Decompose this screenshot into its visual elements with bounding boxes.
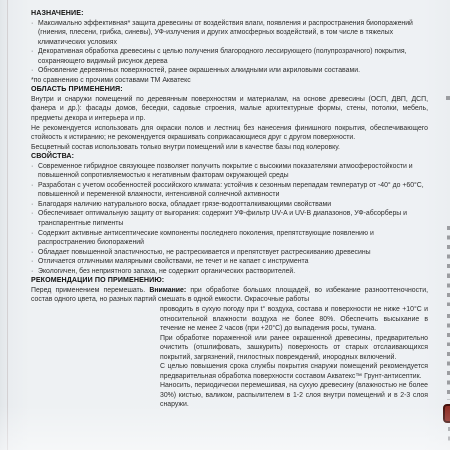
bullet-marker: ·: [31, 267, 38, 277]
intro-pre-text: Перед применением перемешать.: [31, 287, 149, 294]
bullet-marker: ·: [31, 47, 38, 57]
bullet-item: ·Экологичен, без неприятного запаха, не …: [31, 267, 428, 277]
bullet-text: Обновление деревянных поверхностей, ране…: [38, 67, 360, 74]
recommendations-paragraph: При обработке пораженной или ранее окраш…: [160, 334, 428, 363]
bullet-item: ·Благодаря наличию натурального воска, о…: [31, 200, 428, 210]
bullet-item: ·Отличается отличными малярными свойства…: [31, 257, 428, 267]
clipped-text-fragments-right: [446, 96, 450, 104]
application-paragraph: Внутри и снаружи помещений по деревянным…: [31, 95, 428, 124]
recommendations-paragraph: С целью повышения срока службы покрытия …: [160, 362, 428, 381]
section-heading-purpose: НАЗНАЧЕНИЕ:: [31, 9, 428, 19]
section-properties: СВОЙСТВА: ·Современное гибридное связующ…: [31, 152, 428, 276]
product-label-photo: НАЗНАЧЕНИЕ: ·Максимально эффективная* за…: [0, 0, 450, 450]
bullet-text: Благодаря наличию натурального воска, об…: [38, 201, 331, 208]
recommendations-intro: Перед применением перемешать. Внимание: …: [31, 286, 428, 305]
section-recommendations: РЕКОМЕНДАЦИИ ПО ПРИМЕНЕНИЮ: Перед примен…: [31, 276, 428, 410]
application-paragraph: Не рекомендуется использовать для окраск…: [31, 124, 428, 143]
bullet-marker: ·: [31, 162, 38, 172]
bullet-item: ·Разработан с учетом особенностей россий…: [31, 181, 428, 200]
warning-word: Внимание:: [149, 287, 186, 294]
section-heading-properties: СВОЙСТВА:: [31, 152, 428, 162]
section-application: ОБЛАСТЬ ПРИМЕНЕНИЯ: Внутри и снаружи пом…: [31, 85, 428, 152]
bullet-marker: ·: [31, 200, 38, 210]
bullet-marker: ·: [31, 229, 38, 239]
bullet-marker: ·: [31, 19, 38, 29]
recommendations-indented-block: проводить в сухую погоду при t° воздуха,…: [160, 305, 428, 410]
bullet-marker: ·: [31, 248, 38, 258]
bullet-marker: ·: [31, 66, 38, 76]
bullet-text: Разработан с учетом особенностей российс…: [38, 182, 424, 199]
bullet-text: Декоративная обработка древесины с целью…: [38, 48, 406, 65]
bullet-text: Обеспечивает оптимальную защиту от выгор…: [38, 210, 407, 227]
properties-bullet-list: ·Современное гибридное связующее позволя…: [31, 162, 428, 277]
purpose-footnote: *по сравнению с прочими составами ТМ Акв…: [31, 76, 428, 86]
section-heading-recommendations: РЕКОМЕНДАЦИИ ПО ПРИМЕНЕНИЮ:: [31, 276, 428, 286]
application-paragraph: Бесцветный состав использовать только вн…: [31, 143, 428, 153]
bullet-text: Максимально эффективная* защита древесин…: [38, 20, 413, 46]
bullet-marker: ·: [31, 209, 38, 219]
bullet-marker: ·: [31, 181, 38, 191]
bullet-item: ·Современное гибридное связующее позволя…: [31, 162, 428, 181]
bullet-text: Современное гибридное связующее позволяе…: [38, 163, 413, 180]
label-fold-shadow: [7, 0, 8, 450]
purpose-bullet-list: ·Максимально эффективная* защита древеси…: [31, 19, 428, 76]
label-text-content: НАЗНАЧЕНИЕ: ·Максимально эффективная* за…: [31, 9, 428, 410]
bullet-item: ·Обновление деревянных поверхностей, ран…: [31, 66, 428, 76]
clipped-red-sticker: [443, 404, 450, 423]
bullet-marker: ·: [31, 257, 38, 267]
bullet-item: ·Обладает повышенной эластичностью, не р…: [31, 248, 428, 258]
section-purpose: НАЗНАЧЕНИЕ: ·Максимально эффективная* за…: [31, 9, 428, 85]
bullet-item: ·Декоративная обработка древесины с цель…: [31, 47, 428, 66]
bullet-text: Экологичен, без неприятного запаха, не с…: [38, 268, 295, 275]
bullet-item: ·Содержит активные антисептические компо…: [31, 229, 428, 248]
bullet-text: Обладает повышенной эластичностью, не ра…: [38, 249, 371, 256]
bullet-text: Отличается отличными малярными свойствам…: [38, 258, 308, 265]
recommendations-paragraph: Наносить, периодически перемешивая, на с…: [160, 381, 428, 410]
section-heading-application: ОБЛАСТЬ ПРИМЕНЕНИЯ:: [31, 85, 428, 95]
bullet-item: ·Обеспечивает оптимальную защиту от выго…: [31, 209, 428, 228]
recommendations-paragraph: проводить в сухую погоду при t° воздуха,…: [160, 305, 428, 334]
bullet-item: ·Максимально эффективная* защита древеси…: [31, 19, 428, 48]
bullet-text: Содержит активные антисептические компон…: [38, 230, 374, 247]
